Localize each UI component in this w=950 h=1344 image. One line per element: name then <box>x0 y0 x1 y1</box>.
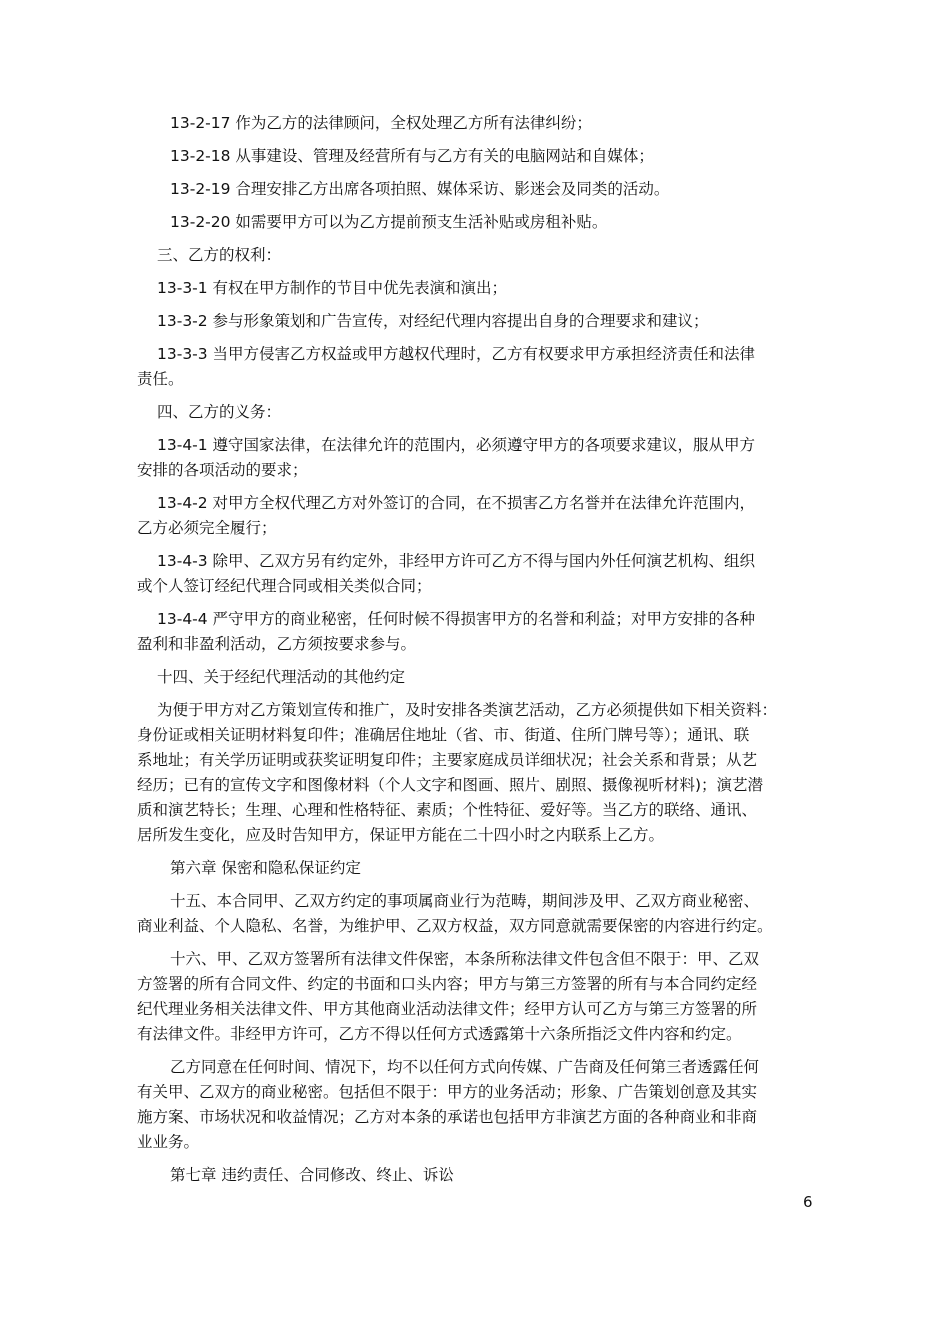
text-line: 十六、甲、乙双方签署所有法律文件保密，本条所称法律文件包含但不限于：甲、乙双 <box>170 949 759 969</box>
page-number: 6 <box>803 1192 813 1212</box>
text-line: 为便于甲方对乙方策划宣传和推广，及时安排各类演艺活动，乙方必须提供如下相关资料： <box>157 700 777 720</box>
text-line: 方签署的所有合同文件、约定的书面和口头内容；甲方与第三方签署的所有与本合同约定经 <box>137 974 757 994</box>
text-line: 乙方必须完全履行； <box>137 518 277 538</box>
text-line: 居所发生变化，应及时告知甲方，保证甲方能在二十四小时之内联系上乙方。 <box>137 825 664 845</box>
text-line: 责任。 <box>137 369 184 389</box>
text-line: 13-2-19 合理安排乙方出席各项拍照、媒体采访、影迷会及同类的活动。 <box>170 179 669 199</box>
text-line: 13-2-20 如需要甲方可以为乙方提前预支生活补贴或房租补贴。 <box>170 212 607 232</box>
text-line: 13-3-2 参与形象策划和广告宣传，对经纪代理内容提出自身的合理要求和建议； <box>157 311 709 331</box>
text-line: 四、乙方的义务： <box>157 402 281 422</box>
text-line: 13-4-1 遵守国家法律，在法律允许的范围内，必须遵守甲方的各项要求建议，服从… <box>157 435 755 455</box>
text-line: 三、乙方的权利： <box>157 245 281 265</box>
text-line: 业业务。 <box>137 1132 199 1152</box>
text-line: 十四、关于经纪代理活动的其他约定 <box>157 667 405 687</box>
text-line: 13-4-4 严守甲方的商业秘密，任何时候不得损害甲方的名誉和利益；对甲方安排的… <box>157 609 755 629</box>
text-line: 第六章 保密和隐私保证约定 <box>170 858 361 878</box>
text-line: 乙方同意在任何时间、情况下，均不以任何方式向传媒、广告商及任何第三者透露任何 <box>170 1057 759 1077</box>
document-page: 13-2-17 作为乙方的法律顾问，全权处理乙方所有法律纠纷；13-2-18 从… <box>0 0 950 1344</box>
text-line: 13-3-3 当甲方侵害乙方权益或甲方越权代理时，乙方有权要求甲方承担经济责任和… <box>157 344 755 364</box>
text-line: 十五、本合同甲、乙双方约定的事项属商业行为范畴，期间涉及甲、乙双方商业秘密、 <box>170 891 759 911</box>
text-line: 盈利和非盈利活动，乙方须按要求参与。 <box>137 634 416 654</box>
text-line: 安排的各项活动的要求； <box>137 460 308 480</box>
text-line: 13-2-17 作为乙方的法律顾问，全权处理乙方所有法律纠纷； <box>170 113 592 133</box>
text-line: 商业利益、个人隐私、名誉，为维护甲、乙双方权益，双方同意就需要保密的内容进行约定… <box>137 916 773 936</box>
text-line: 13-4-2 对甲方全权代理乙方对外签订的合同，在不损害乙方名誉并在法律允许范围… <box>157 493 755 513</box>
text-line: 有关甲、乙双方的商业秘密。包括但不限于：甲方的业务活动；形象、广告策划创意及其实 <box>137 1082 757 1102</box>
text-line: 纪代理业务相关法律文件、甲方其他商业活动法律文件；经甲方认可乙方与第三方签署的所 <box>137 999 757 1019</box>
text-line: 13-3-1 有权在甲方制作的节目中优先表演和演出； <box>157 278 507 298</box>
text-line: 身份证或相关证明材料复印件；准确居住地址（省、市、街道、住所门牌号等）；通讯、联 <box>137 725 749 745</box>
text-line: 质和演艺特长；生理、心理和性格特征、素质；个性特征、爱好等。当乙方的联络、通讯、 <box>137 800 757 820</box>
text-line: 13-2-18 从事建设、管理及经营所有与乙方有关的电脑网站和自媒体； <box>170 146 654 166</box>
text-line: 或个人签订经纪代理合同或相关类似合同； <box>137 576 432 596</box>
text-line: 系地址；有关学历证明或获奖证明复印件；主要家庭成员详细状况；社会关系和背景；从艺 <box>137 750 757 770</box>
text-line: 有法律文件。非经甲方许可，乙方不得以任何方式透露第十六条所指泛文件内容和约定。 <box>137 1024 742 1044</box>
text-line: 经历；已有的宣传文字和图像材料（个人文字和图画、照片、剧照、摄像视听材料)；演艺… <box>137 775 763 795</box>
text-line: 13-4-3 除甲、乙双方另有约定外，非经甲方许可乙方不得与国内外任何演艺机构、… <box>157 551 755 571</box>
text-line: 施方案、市场状况和收益情况；乙方对本条的承诺也包括甲方非演艺方面的各种商业和非商 <box>137 1107 757 1127</box>
text-line: 第七章 违约责任、合同修改、终止、诉讼 <box>170 1165 454 1185</box>
